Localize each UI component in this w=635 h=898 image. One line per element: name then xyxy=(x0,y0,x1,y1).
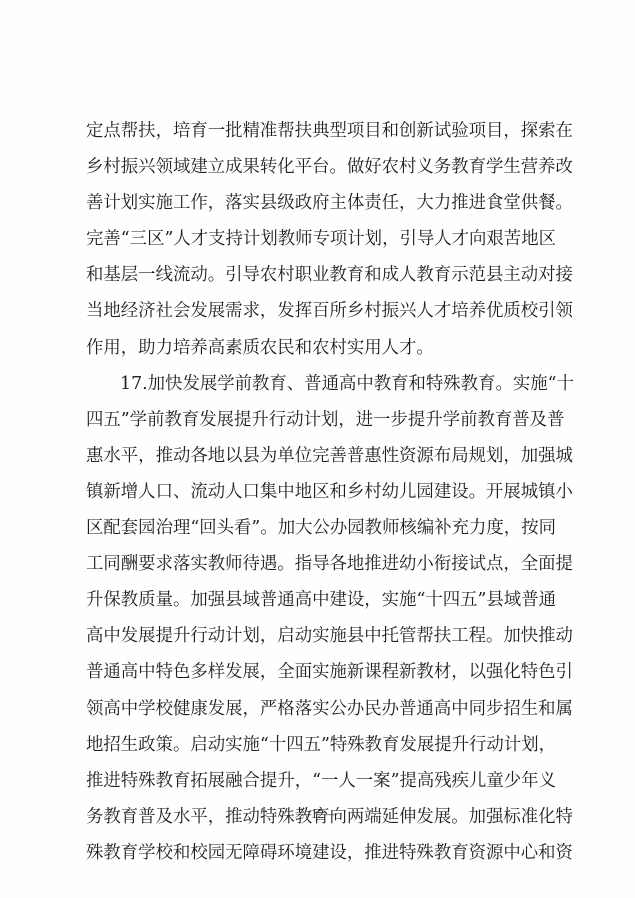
paragraph-line: 乡村振兴领域建立成果转化平台。做好农村义务教育学生营养改 xyxy=(86,149,556,185)
section-heading-line: 17.加快发展学前教育、普通高中教育和特殊教育。实施“十 xyxy=(86,366,556,402)
document-page: 定点帮扶，培育一批精准帮扶典型项目和创新试验项目，探索在 乡村振兴领域建立成果转… xyxy=(0,0,635,898)
paragraph-line: 升保教质量。加强县域普通高中建设，实施“十四五”县域普通 xyxy=(86,582,556,618)
paragraph-line: 普通高中特色多样发展，全面实施新课程新教材，以强化特色引 xyxy=(86,654,556,690)
paragraph-line: 高中发展提升行动计划，启动实施县中托管帮扶工程。加快推动 xyxy=(86,618,556,654)
paragraph-line: 领高中学校健康发展，严格落实公办民办普通高中同步招生和属 xyxy=(86,691,556,727)
paragraph-line: 推进特殊教育拓展融合提升，“一人一案”提高残疾儿童少年义 xyxy=(86,763,556,799)
paragraph-line: 善计划实施工作，落实县级政府主体责任，大力推进食堂供餐。 xyxy=(86,185,556,221)
paragraph-line: 殊教育学校和校园无障碍环境建设，推进特殊教育资源中心和资 xyxy=(86,835,556,871)
paragraph-line: 作用，助力培养高素质农民和农村实用人才。 xyxy=(86,330,556,366)
paragraph-line: 地招生政策。启动实施“十四五”特殊教育发展提升行动计划， xyxy=(86,727,556,763)
paragraph-line: 当地经济社会发展需求，发挥百所乡村振兴人才培养优质校引领 xyxy=(86,293,556,329)
paragraph-line: 完善“三区”人才支持计划教师专项计划，引导人才向艰苦地区 xyxy=(86,221,556,257)
paragraph-line: 惠水平，推动各地以县为单位完善普惠性资源布局规划，加强城 xyxy=(86,438,556,474)
paragraph-line: 区配套园治理“回头看”。加大公办园教师核编补充力度，按同 xyxy=(86,510,556,546)
paragraph-line: 镇新增人口、流动人口集中地区和乡村幼儿园建设。开展城镇小 xyxy=(86,474,556,510)
paragraph-line: 和基层一线流动。引导农村职业教育和成人教育示范县主动对接 xyxy=(86,257,556,293)
paragraph-line: 工同酬要求落实教师待遇。指导各地推进幼小衔接试点，全面提 xyxy=(86,546,556,582)
page-number: —12— xyxy=(0,806,635,822)
body-text: 定点帮扶，培育一批精准帮扶典型项目和创新试验项目，探索在 乡村振兴领域建立成果转… xyxy=(86,113,556,871)
paragraph-line: 四五”学前教育发展提升行动计划，进一步提升学前教育普及普 xyxy=(86,402,556,438)
paragraph-line: 定点帮扶，培育一批精准帮扶典型项目和创新试验项目，探索在 xyxy=(86,113,556,149)
